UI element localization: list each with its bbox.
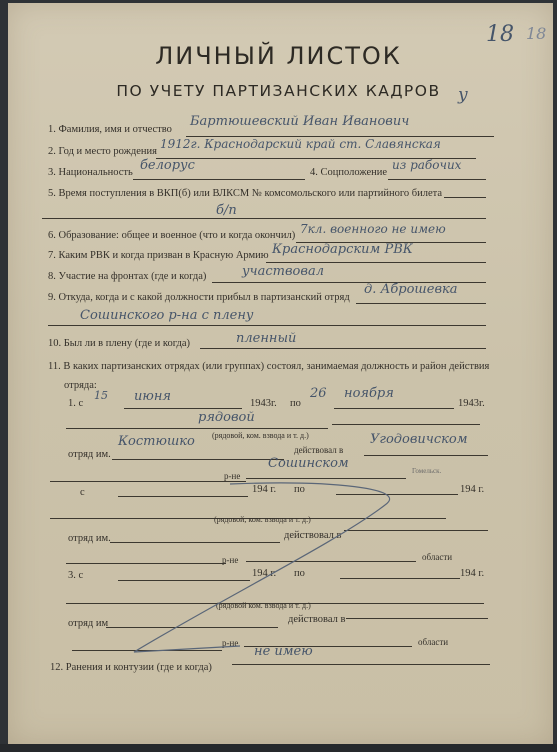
cancellation-stroke (0, 0, 557, 752)
field-12-value: не имею (254, 644, 313, 659)
field-12-line (232, 664, 490, 665)
field-12-label: 12. Ранения и контузии (где и когда) (50, 662, 212, 673)
